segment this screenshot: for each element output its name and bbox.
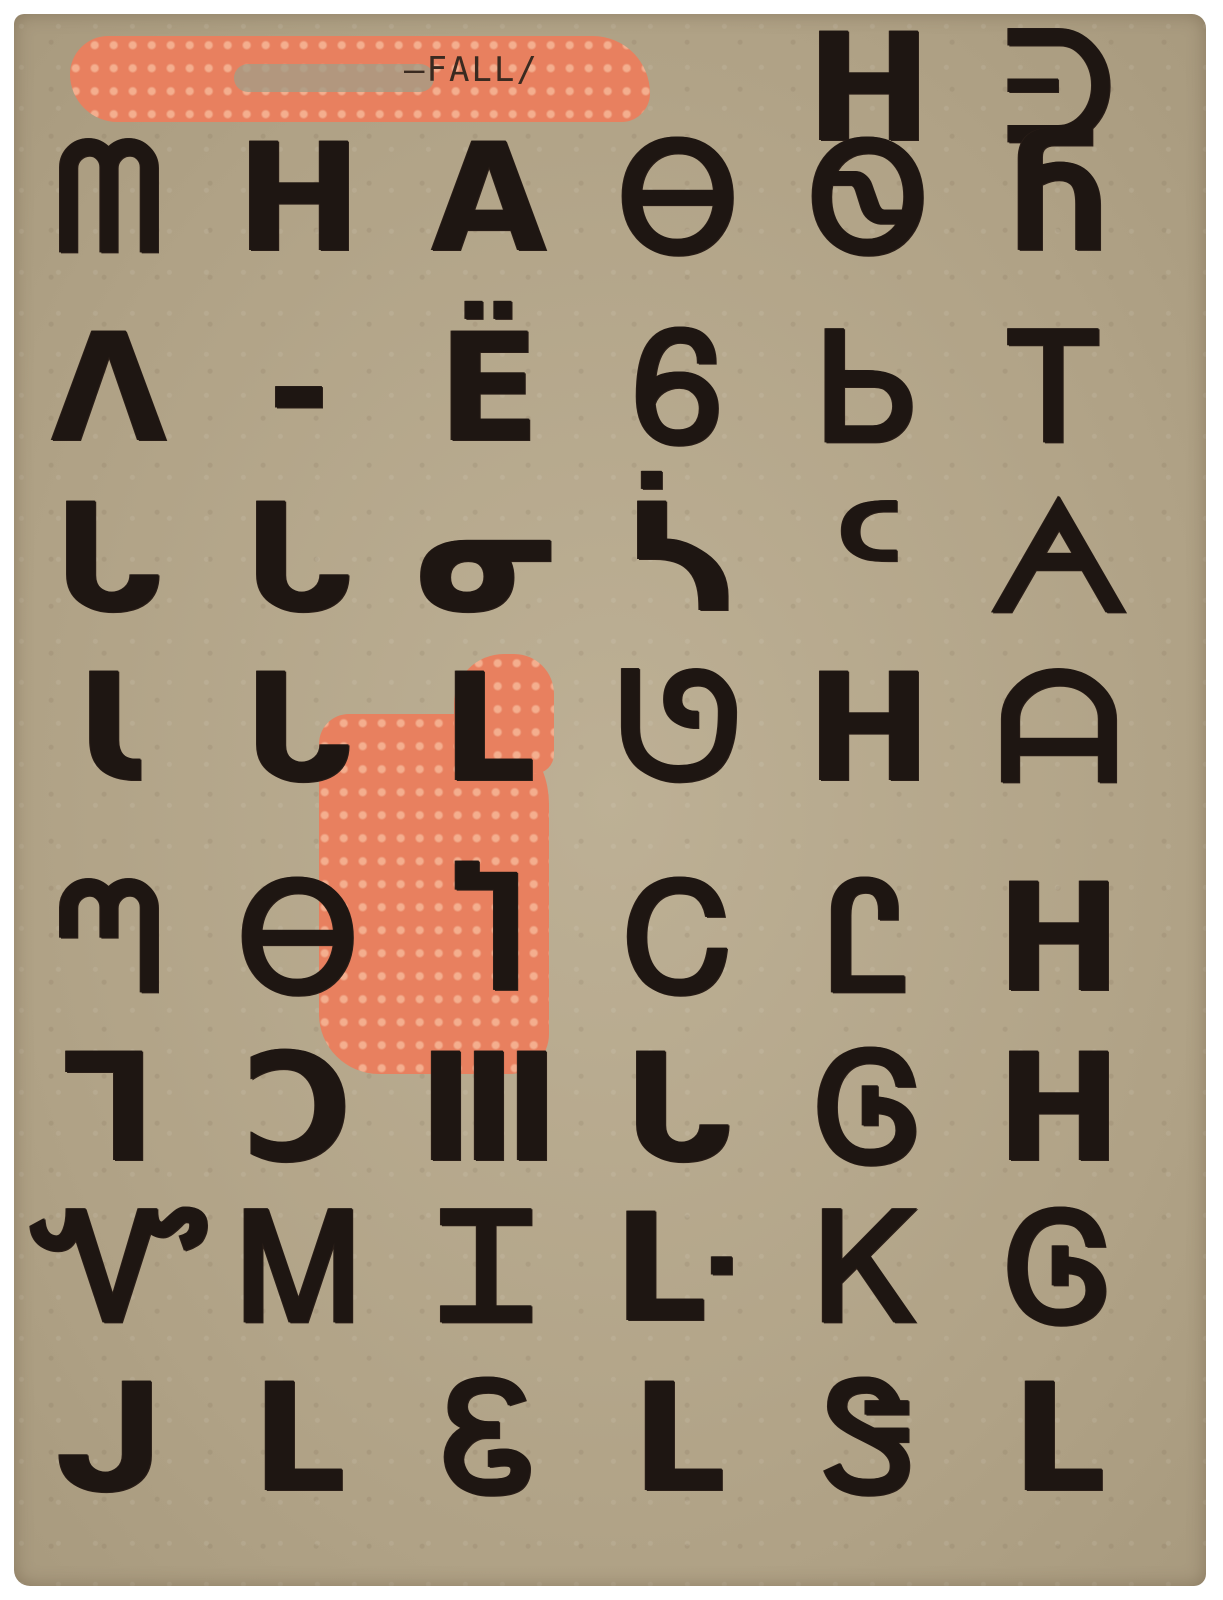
ink-glyph: ᒪ <box>414 654 564 804</box>
ink-glyph: ᓂ <box>414 484 564 634</box>
ink-glyph: ᗩ <box>984 654 1134 804</box>
ink-glyph: Ꮆ <box>794 1034 944 1184</box>
ink-glyph: Ꮻ <box>794 124 944 274</box>
ink-glyph: A <box>414 124 564 274</box>
ink-glyph: Ꮥ <box>794 1364 944 1514</box>
ink-glyph: ᒐ <box>604 1034 754 1184</box>
ink-glyph: ᗅ <box>984 484 1134 634</box>
ink-glyph: ᓵ <box>604 484 754 634</box>
ink-glyph: Ꮆ <box>984 1194 1134 1344</box>
ink-glyph: Ꮟ <box>794 314 944 464</box>
ink-glyph: Ɩ <box>34 654 184 804</box>
ink-glyph: ᒷ <box>604 1194 754 1344</box>
ink-glyph: ᒪ <box>224 1364 374 1514</box>
ink-glyph: ᒪ <box>984 1364 1134 1514</box>
ink-glyph: ᑦ <box>794 484 944 634</box>
ink-glyph: ᒣ <box>34 1034 184 1184</box>
ink-glyph: Ꮶ <box>794 1194 944 1344</box>
ink-glyph: Ⴌ <box>984 124 1134 274</box>
ink-glyph: ᕼ <box>224 124 374 274</box>
ink-glyph: Ꮇ <box>224 1194 374 1344</box>
ink-glyph: Ꮖ <box>414 1194 564 1344</box>
ink-glyph: ᕼ <box>794 654 944 804</box>
artwork-paper: —FALL/ ᕼᕭᗰᕼAᎾᏫႬᐱ-ËᏮᏏᎢᒐᒐᓂᓵᑦᗅƖᒐᒪᘎᕼᗩᘉᎾႨᏟᏝᕼᒣ… <box>14 14 1206 1586</box>
ink-glyph: Ꮭ <box>794 864 944 1014</box>
ink-glyph: ᒐ <box>224 484 374 634</box>
ink-glyph: ᗰ <box>34 124 184 274</box>
ink-glyph: Ꮯ <box>604 864 754 1014</box>
ink-glyph: Ꮛ <box>414 1364 564 1514</box>
scratched-inscription: —FALL/ <box>404 50 539 90</box>
ink-glyph: Ꭲ <box>984 314 1134 464</box>
ink-glyph: - <box>224 314 374 464</box>
ink-glyph: Ꮙ <box>34 1194 184 1344</box>
ink-glyph: Ⅲ <box>414 1034 564 1184</box>
ink-glyph: Ë <box>414 314 564 464</box>
ink-glyph: Ꮎ <box>224 864 374 1014</box>
ink-glyph: Ꮎ <box>604 124 754 274</box>
ink-glyph: ᕼ <box>984 1034 1134 1184</box>
ink-glyph: Ꮾ <box>604 314 754 464</box>
ink-glyph: ᒍ <box>34 1364 184 1514</box>
ink-glyph: ᒐ <box>34 484 184 634</box>
ink-glyph: ᘎ <box>604 654 754 804</box>
ink-glyph: ᘉ <box>34 864 184 1014</box>
ink-glyph: ᕼ <box>984 864 1134 1014</box>
ink-glyph: ᒐ <box>224 654 374 804</box>
ink-glyph: ᒪ <box>604 1364 754 1514</box>
ink-glyph: Ⴈ <box>414 864 564 1014</box>
ink-glyph: Ɔ <box>224 1034 374 1184</box>
ink-glyph: ᐱ <box>34 314 184 464</box>
